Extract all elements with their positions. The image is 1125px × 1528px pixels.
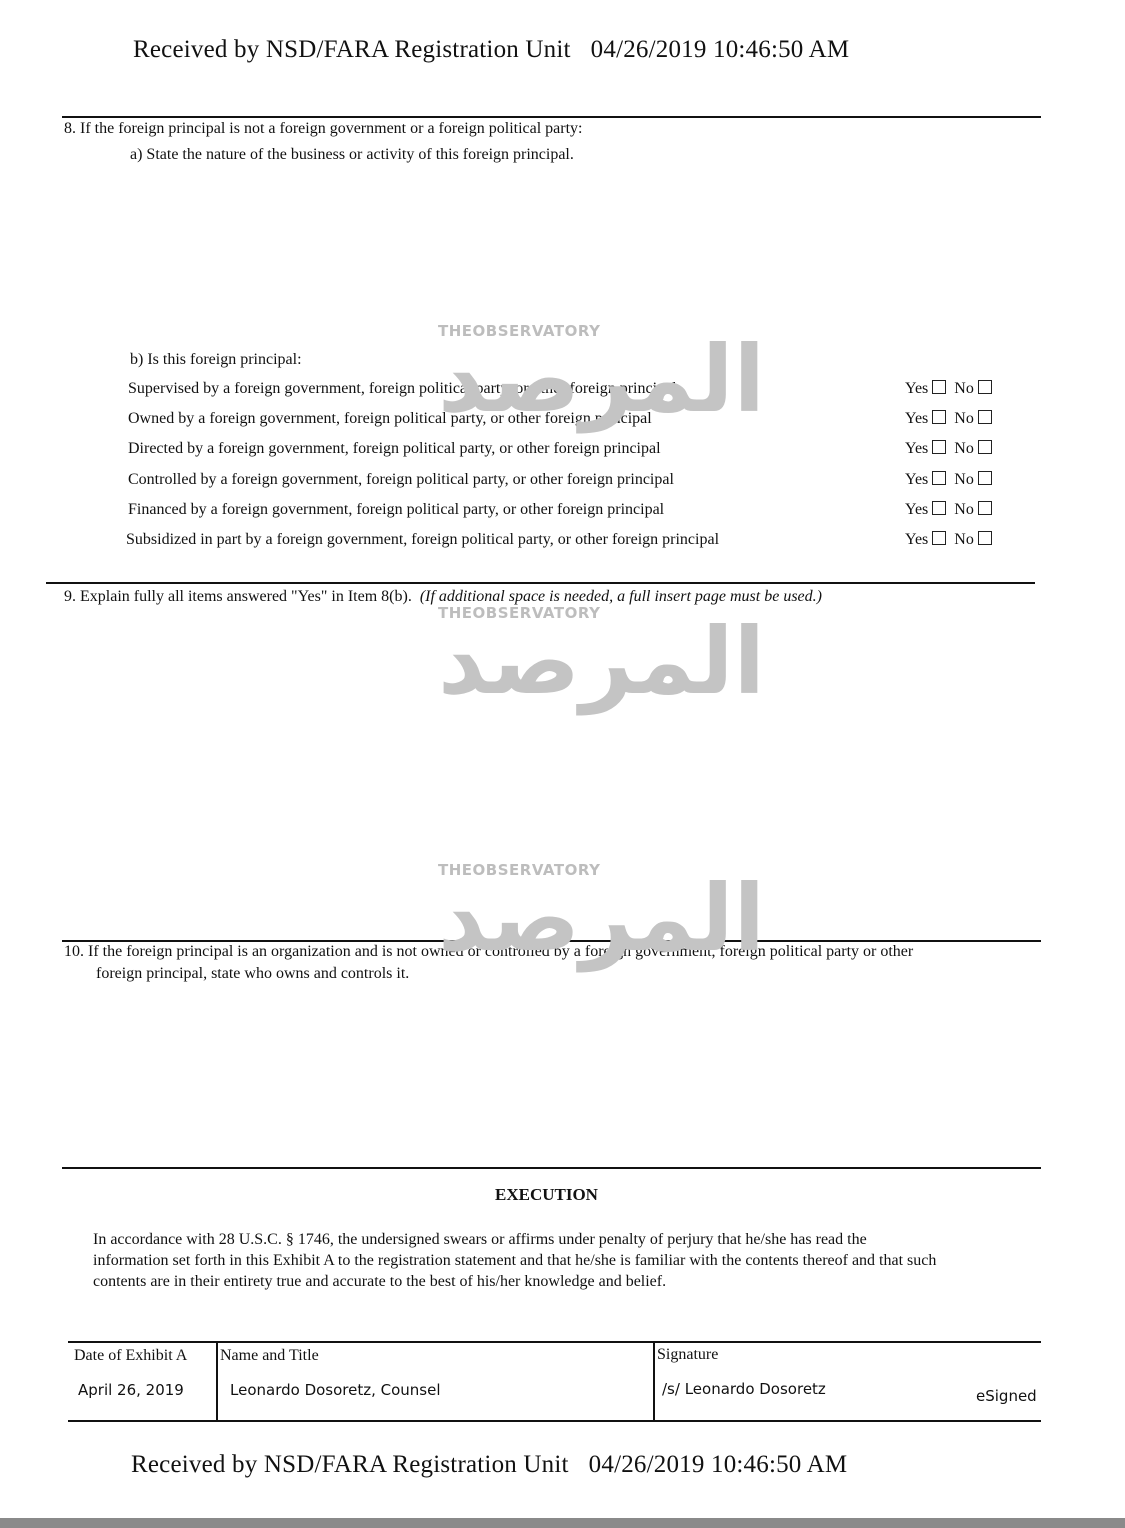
item8a-label: a) State the nature of the business or a…	[130, 146, 574, 164]
no-label: No	[954, 410, 974, 427]
watermark: THEOBSERVATORY المرصد	[438, 322, 765, 420]
execution-line: information set forth in this Exhibit A …	[93, 1250, 936, 1271]
date-value: April 26, 2019	[78, 1381, 184, 1399]
question-text: Supervised by a foreign government, fore…	[128, 380, 677, 398]
execution-line: contents are in their entirety true and …	[93, 1271, 936, 1292]
watermark-text: THEOBSERVATORY	[438, 861, 765, 879]
no-checkbox[interactable]	[978, 471, 992, 485]
item9-note: (If additional space is needed, a full i…	[420, 588, 822, 605]
execution-statement: In accordance with 28 U.S.C. § 1746, the…	[93, 1229, 936, 1292]
received-stamp-bottom: Received by NSD/FARA Registration Unit04…	[131, 1451, 847, 1479]
received-stamp-top: Received by NSD/FARA Registration Unit04…	[133, 36, 849, 64]
esigned-label: eSigned	[976, 1387, 1037, 1405]
question-row: Supervised by a foreign government, fore…	[128, 380, 1028, 404]
section-divider	[62, 1167, 1041, 1169]
yes-checkbox[interactable]	[932, 380, 946, 394]
execution-heading: EXECUTION	[495, 1185, 598, 1205]
yes-checkbox[interactable]	[932, 410, 946, 424]
section-divider	[62, 940, 1041, 942]
question-row: Subsidized in part by a foreign governme…	[126, 531, 1026, 555]
item10-line2: foreign principal, state who owns and co…	[96, 965, 409, 983]
question-text: Controlled by a foreign government, fore…	[128, 471, 674, 489]
no-label: No	[954, 501, 974, 518]
yes-checkbox[interactable]	[932, 501, 946, 515]
signature-value: /s/ Leonardo Dosoretz	[662, 1380, 826, 1398]
question-text: Subsidized in part by a foreign governme…	[126, 531, 719, 549]
stamp-timestamp: 04/26/2019 10:46:50 AM	[589, 1451, 848, 1478]
execution-line: In accordance with 28 U.S.C. § 1746, the…	[93, 1229, 936, 1250]
yes-label: Yes	[905, 531, 928, 548]
watermark-logo-icon: المرصد	[438, 622, 765, 702]
item8-title: 8. If the foreign principal is not a for…	[64, 120, 583, 138]
no-label: No	[954, 531, 974, 548]
watermark: THEOBSERVATORY المرصد	[438, 604, 765, 702]
stamp-label: Received by NSD/FARA Registration Unit	[133, 36, 571, 63]
scan-edge-bar	[0, 1518, 1125, 1528]
yes-label: Yes	[905, 410, 928, 427]
stamp-label: Received by NSD/FARA Registration Unit	[131, 1451, 569, 1478]
stamp-timestamp: 04/26/2019 10:46:50 AM	[591, 36, 850, 63]
question-text: Directed by a foreign government, foreig…	[128, 440, 661, 458]
watermark-text: THEOBSERVATORY	[438, 322, 765, 340]
question-text: Owned by a foreign government, foreign p…	[128, 410, 652, 428]
table-divider	[216, 1343, 218, 1421]
no-checkbox[interactable]	[978, 440, 992, 454]
no-checkbox[interactable]	[978, 380, 992, 394]
yes-checkbox[interactable]	[932, 440, 946, 454]
question-row: Financed by a foreign government, foreig…	[128, 501, 1028, 525]
section-divider	[46, 582, 1035, 584]
yes-label: Yes	[905, 380, 928, 397]
item9-question: 9. Explain fully all items answered "Yes…	[64, 588, 412, 605]
yes-label: Yes	[905, 471, 928, 488]
signature-header: Signature	[657, 1346, 718, 1364]
no-label: No	[954, 440, 974, 457]
no-checkbox[interactable]	[978, 531, 992, 545]
item10-line1: 10. If the foreign principal is an organ…	[64, 943, 913, 961]
no-label: No	[954, 380, 974, 397]
yes-label: Yes	[905, 501, 928, 518]
name-header: Name and Title	[220, 1347, 319, 1365]
no-checkbox[interactable]	[978, 501, 992, 515]
question-row: Directed by a foreign government, foreig…	[128, 440, 1028, 464]
item8b-label: b) Is this foreign principal:	[130, 351, 302, 369]
yes-checkbox[interactable]	[932, 471, 946, 485]
watermark-text: THEOBSERVATORY	[438, 604, 765, 622]
yes-label: Yes	[905, 440, 928, 457]
table-bottom-border	[68, 1420, 1041, 1422]
question-row: Controlled by a foreign government, fore…	[128, 471, 1028, 495]
table-divider	[653, 1343, 655, 1421]
yes-checkbox[interactable]	[932, 531, 946, 545]
no-label: No	[954, 471, 974, 488]
section-divider	[62, 116, 1041, 118]
question-text: Financed by a foreign government, foreig…	[128, 501, 664, 519]
no-checkbox[interactable]	[978, 410, 992, 424]
date-header: Date of Exhibit A	[74, 1347, 187, 1365]
table-top-border	[68, 1341, 1041, 1343]
name-value: Leonardo Dosoretz, Counsel	[230, 1381, 441, 1399]
item9-text: 9. Explain fully all items answered "Yes…	[64, 588, 822, 606]
question-row: Owned by a foreign government, foreign p…	[128, 410, 1028, 434]
